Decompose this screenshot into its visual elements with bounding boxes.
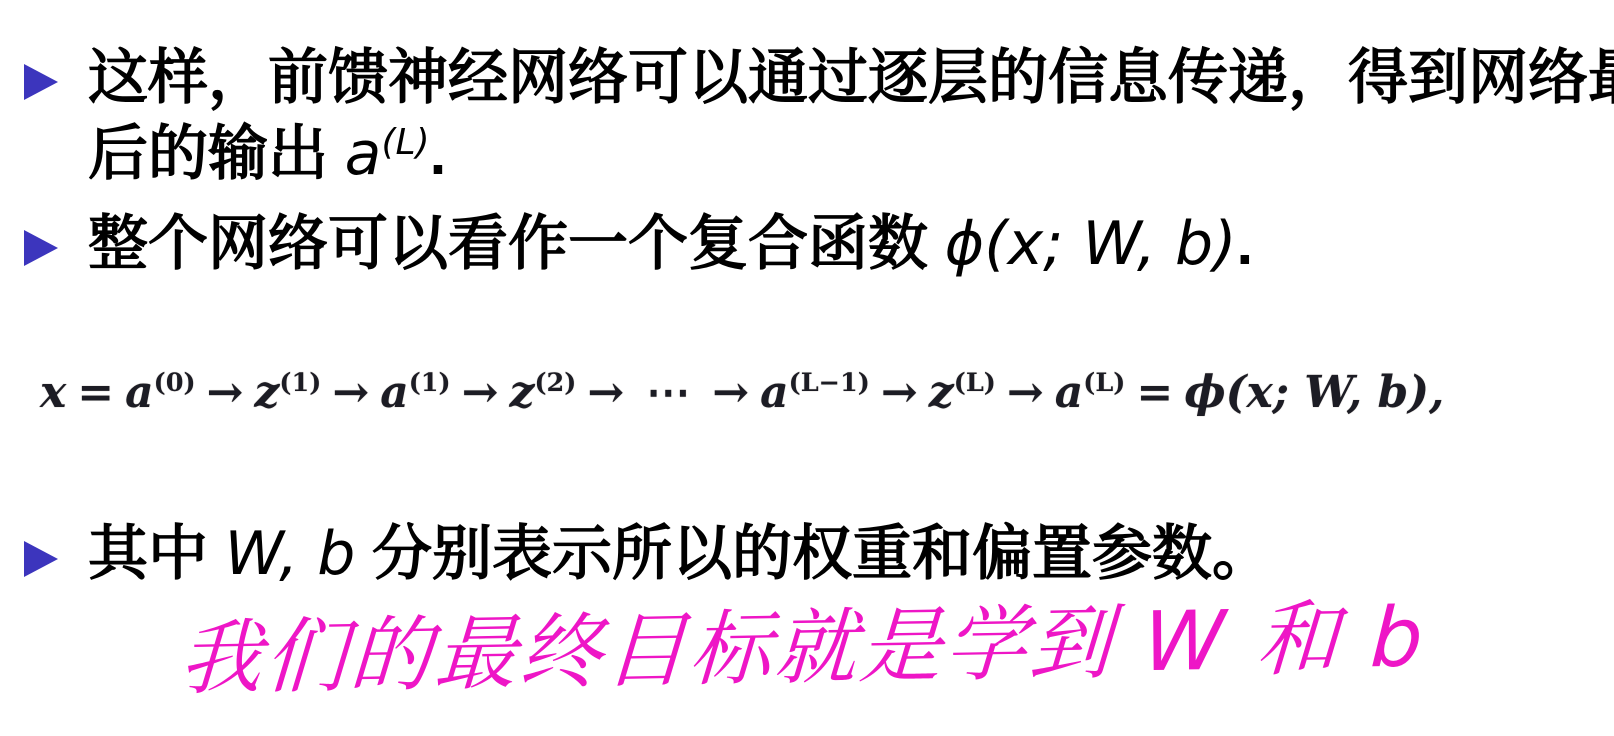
slide: 这样，前馈神经网络可以通过逐层的信息传递，得到网络最后的输出 a(L). 整个网… xyxy=(0,0,1614,736)
formula-forward-propagation: x=a(0)→z(1)→a(1)→z(2)→⋯→a(L−1)→z(L)→a(L)… xyxy=(40,356,1444,430)
bullet-triangle-icon xyxy=(24,541,58,577)
handwritten-annotation: 我们的最终目标就是学到 W 和 b xyxy=(177,572,1429,711)
bullet-triangle-icon xyxy=(24,64,58,100)
bullet-triangle-icon xyxy=(24,230,58,266)
bullet-text-composite-function: 整个网络可以看作一个复合函数 ϕ(x; W, b). xyxy=(88,206,1253,282)
bullet-text-feedforward-output: 这样，前馈神经网络可以通过逐层的信息传递，得到网络最后的输出 a(L). xyxy=(88,40,1614,192)
